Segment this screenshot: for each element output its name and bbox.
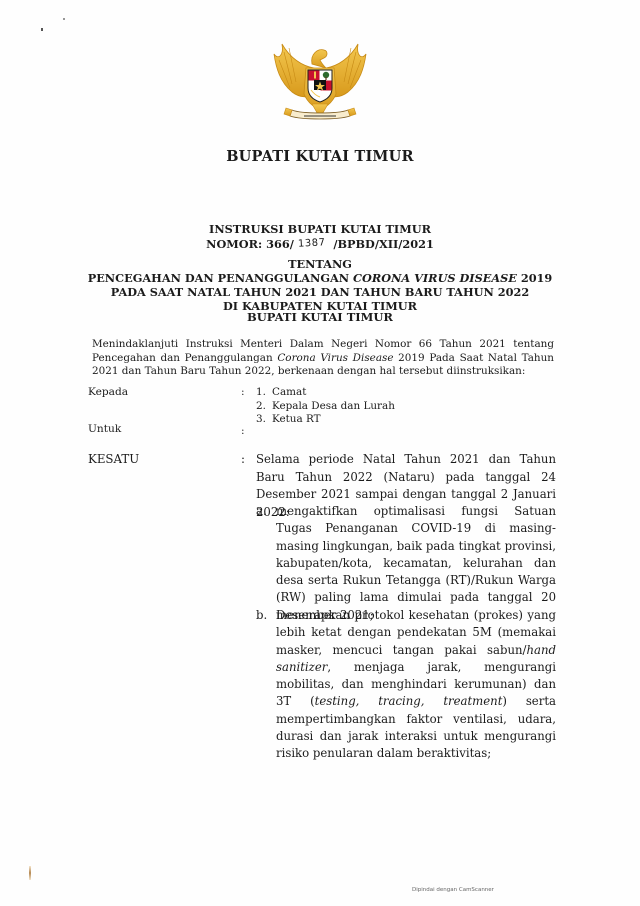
subject-italic: CORONA VIRUS DISEASE xyxy=(353,271,517,285)
scan-speck xyxy=(63,18,65,20)
kepada-label: Kepada xyxy=(88,386,128,398)
recipient-item: 3.Ketua RT xyxy=(256,413,395,427)
instruction-item-a: a. mengaktifkan optimalisasi fungsi Satu… xyxy=(256,503,556,624)
recipient-text: Camat xyxy=(272,386,306,398)
item-marker: a. xyxy=(256,503,267,520)
scanner-watermark: Dipindai dengan CamScanner xyxy=(412,887,494,893)
document-heading: BUPATI KUTAI TIMUR xyxy=(0,148,640,165)
subject-text: PENCEGAHAN DAN PENANGGULANGAN xyxy=(88,271,353,285)
intro-italic: Corona Virus Disease xyxy=(277,352,393,364)
document-page: BUPATI KUTAI TIMUR INSTRUKSI BUPATI KUTA… xyxy=(0,0,640,906)
recipient-text: Ketua RT xyxy=(272,413,321,425)
item-text: menerapkan protokol kesehatan (prokes) y… xyxy=(276,607,556,763)
recipient-number: 2. xyxy=(256,400,272,414)
recipient-number: 1. xyxy=(256,386,272,400)
recipient-item: 2.Kepala Desa dan Lurah xyxy=(256,400,395,414)
subject-line-2: PADA SAAT NATAL TAHUN 2021 DAN TAHUN BAR… xyxy=(0,285,640,299)
recipient-text: Kepala Desa dan Lurah xyxy=(272,400,395,412)
item-text: mengaktifkan optimalisasi fungsi Satuan … xyxy=(276,503,556,624)
intro-paragraph: Menindaklanjuti Instruksi Menteri Dalam … xyxy=(92,338,554,379)
item-marker: b. xyxy=(256,607,267,624)
subject-block: TENTANG PENCEGAHAN DAN PENANGGULANGAN CO… xyxy=(0,257,640,313)
number-suffix: /BPBD/XII/2021 xyxy=(333,237,434,251)
instruction-title-block: INSTRUKSI BUPATI KUTAI TIMUR NOMOR: 366/… xyxy=(0,222,640,253)
instruction-item-b: b. menerapkan protokol kesehatan (prokes… xyxy=(256,607,556,763)
recipient-list: 1.Camat 2.Kepala Desa dan Lurah 3.Ketua … xyxy=(256,386,395,427)
tentang-label: TENTANG xyxy=(0,257,640,271)
item-text-part: menerapkan protokol kesehatan (prokes) y… xyxy=(276,608,556,657)
kesatu-colon: : xyxy=(241,452,245,466)
kepada-colon: : xyxy=(241,386,245,398)
untuk-colon: : xyxy=(241,425,245,437)
handwritten-number: 1387 xyxy=(297,235,325,251)
untuk-label: Untuk xyxy=(88,423,121,435)
issuer-heading: BUPATI KUTAI TIMUR xyxy=(0,310,640,324)
scan-speck xyxy=(41,28,43,31)
subject-line-1: PENCEGAHAN DAN PENANGGULANGAN CORONA VIR… xyxy=(0,271,640,285)
garuda-emblem-icon xyxy=(262,38,378,124)
recipient-number: 3. xyxy=(256,413,272,427)
recipient-item: 1.Camat xyxy=(256,386,395,400)
instruction-number: NOMOR: 366/1387/BPBD/XII/2021 xyxy=(0,237,640,253)
item-italic: testing, tracing, treatment xyxy=(315,694,503,708)
number-prefix: NOMOR: 366/ xyxy=(206,237,294,251)
kesatu-label: KESATU xyxy=(88,452,139,466)
scan-edge-mark xyxy=(29,866,31,880)
subject-text: 2019 xyxy=(517,271,552,285)
